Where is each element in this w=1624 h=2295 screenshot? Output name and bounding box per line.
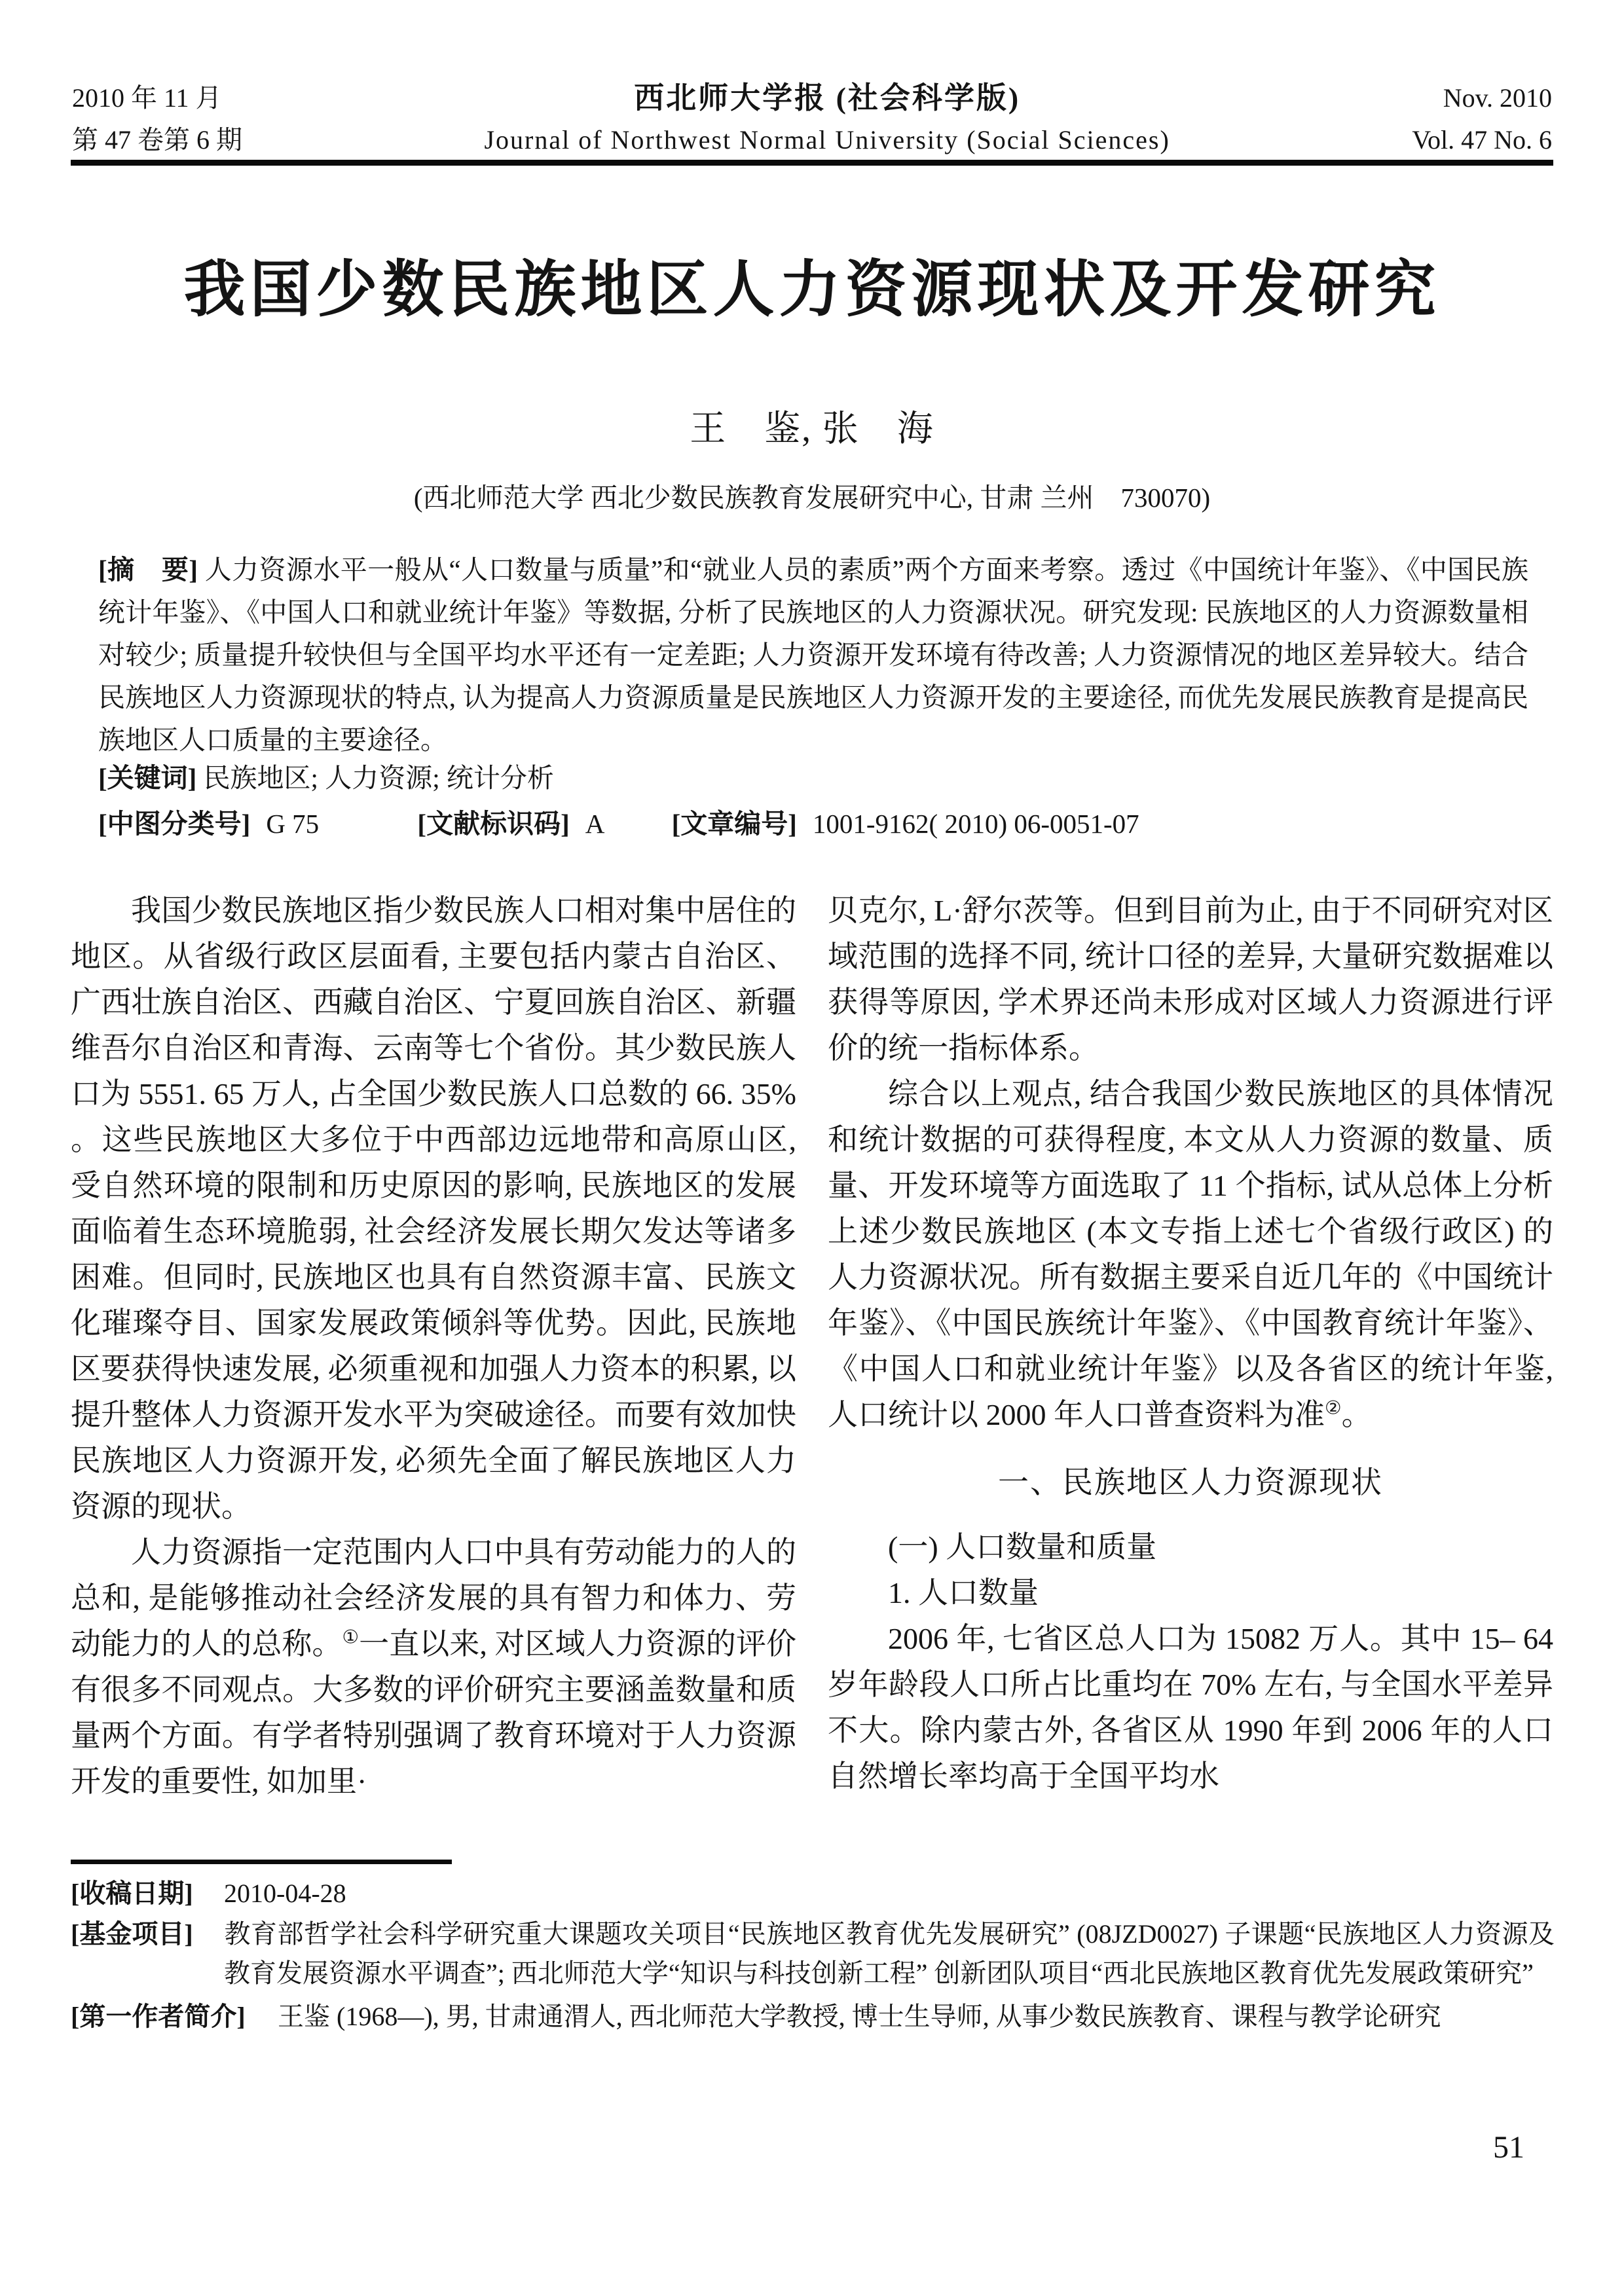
journal-name-cn: 西北师大学报 (社会科学版) bbox=[242, 77, 1412, 119]
issue-date-en: Nov. 2010 bbox=[1412, 77, 1552, 119]
header-left: 2010 年 11 月 第 47 卷第 6 期 bbox=[72, 77, 242, 161]
clc-label: [中图分类号] bbox=[98, 809, 250, 839]
fund-project-value: 教育部哲学社会科学研究重大课题攻关项目“民族地区教育优先发展研究” (08JZD… bbox=[224, 1919, 1555, 1988]
received-date-value: 2010-04-28 bbox=[224, 1879, 346, 1908]
classification-line: [中图分类号]G 75 [文献标识码]A [文章编号]1001-9162( 20… bbox=[98, 804, 1139, 843]
abstract-text: 人力资源水平一般从“人口数量与质量”和“就业人员的素质”两个方面来考察。透过《中… bbox=[98, 555, 1528, 755]
paragraph-text: 综合以上观点, 结合我国少数民族地区的具体情况和统计数据的可获得程度, 本文从人… bbox=[828, 1077, 1553, 1431]
keywords: [关键词] 民族地区; 人力资源; 统计分析 bbox=[98, 758, 554, 798]
section-heading-1: 一、民族地区人力资源现状 bbox=[828, 1460, 1553, 1506]
footnote-author-bio: [第一作者简介]王鉴 (1968—), 男, 甘肃通渭人, 西北师范大学教授, … bbox=[71, 1997, 1555, 2036]
body-paragraph: 我国少数民族地区指少数民族人口相对集中居住的地区。从省级行政区层面看, 主要包括… bbox=[71, 888, 796, 1530]
footnote-divider bbox=[71, 1860, 452, 1864]
clc-number: [中图分类号]G 75 bbox=[98, 809, 319, 839]
sub-heading: 1. 人口数量 bbox=[828, 1570, 1553, 1616]
footnote-received-date: [收稿日期]2010-04-28 bbox=[71, 1874, 1555, 1913]
sub-heading: (一) 人口数量和质量 bbox=[828, 1524, 1553, 1570]
header-right: Nov. 2010 Vol. 47 No. 6 bbox=[1412, 77, 1552, 161]
article-title: 我国少数民族地区人力资源现状及开发研究 bbox=[0, 240, 1624, 328]
volume-issue-cn: 第 47 卷第 6 期 bbox=[72, 119, 242, 161]
body-paragraph: 人力资源指一定范围内人口中具有劳动能力的人的总和, 是能够推动社会经济发展的具有… bbox=[71, 1530, 796, 1805]
received-date-label: [收稿日期] bbox=[71, 1874, 224, 1913]
fund-project-label: [基金项目] bbox=[71, 1915, 224, 1954]
header-divider bbox=[71, 160, 1553, 166]
journal-name-en: Journal of Northwest Normal University (… bbox=[242, 119, 1412, 161]
footnote-marker-2: ② bbox=[1325, 1399, 1342, 1419]
header-center: 西北师大学报 (社会科学版) Journal of Northwest Norm… bbox=[242, 77, 1412, 161]
footnote-fund-project: [基金项目]教育部哲学社会科学研究重大课题攻关项目“民族地区教育优先发展研究” … bbox=[71, 1915, 1555, 1993]
document-code-value: A bbox=[585, 809, 605, 839]
abstract-label: [摘 要] bbox=[98, 555, 198, 585]
page-number: 51 bbox=[1493, 2129, 1524, 2165]
affiliation: (西北师范大学 西北少数民族教育发展研究中心, 甘肃 兰州 730070) bbox=[0, 476, 1624, 515]
article-id-value: 1001-9162( 2010) 06-0051-07 bbox=[813, 809, 1139, 839]
document-code-label: [文献标识码] bbox=[417, 809, 569, 839]
issue-date-cn: 2010 年 11 月 bbox=[72, 77, 242, 119]
footnotes: [收稿日期]2010-04-28 [基金项目]教育部哲学社会科学研究重大课题攻关… bbox=[71, 1874, 1555, 2038]
abstract: [摘 要] 人力资源水平一般从“人口数量与质量”和“就业人员的素质”两个方面来考… bbox=[98, 549, 1528, 762]
article-id-label: [文章编号] bbox=[672, 809, 797, 839]
journal-page: 2010 年 11 月 第 47 卷第 6 期 西北师大学报 (社会科学版) J… bbox=[0, 0, 1624, 2295]
footnote-marker-1: ① bbox=[342, 1628, 360, 1648]
keywords-text: 民族地区; 人力资源; 统计分析 bbox=[204, 763, 554, 793]
body-column-left: 我国少数民族地区指少数民族人口相对集中居住的地区。从省级行政区层面看, 主要包括… bbox=[71, 888, 796, 1805]
author-bio-label: [第一作者简介] bbox=[71, 1997, 278, 2036]
journal-header: 2010 年 11 月 第 47 卷第 6 期 西北师大学报 (社会科学版) J… bbox=[72, 77, 1552, 161]
body-column-right: 贝克尔, L·舒尔茨等。但到目前为止, 由于不同研究对区域范围的选择不同, 统计… bbox=[828, 888, 1553, 1799]
body-paragraph: 贝克尔, L·舒尔茨等。但到目前为止, 由于不同研究对区域范围的选择不同, 统计… bbox=[828, 888, 1553, 1071]
keywords-label: [关键词] bbox=[98, 763, 196, 793]
volume-issue-en: Vol. 47 No. 6 bbox=[1412, 119, 1552, 161]
body-paragraph: 综合以上观点, 结合我国少数民族地区的具体情况和统计数据的可获得程度, 本文从人… bbox=[828, 1071, 1553, 1438]
document-code: [文献标识码]A bbox=[417, 809, 604, 839]
article-id: [文章编号]1001-9162( 2010) 06-0051-07 bbox=[672, 809, 1139, 839]
author-bio-value: 王鉴 (1968—), 男, 甘肃通渭人, 西北师范大学教授, 博士生导师, 从… bbox=[278, 2002, 1441, 2031]
body-paragraph: 2006 年, 七省区总人口为 15082 万人。其中 15– 64 岁年龄段人… bbox=[828, 1616, 1553, 1799]
clc-value: G 75 bbox=[266, 809, 319, 839]
paragraph-text: 。 bbox=[1342, 1398, 1372, 1431]
authors: 王 鉴, 张 海 bbox=[0, 399, 1624, 451]
